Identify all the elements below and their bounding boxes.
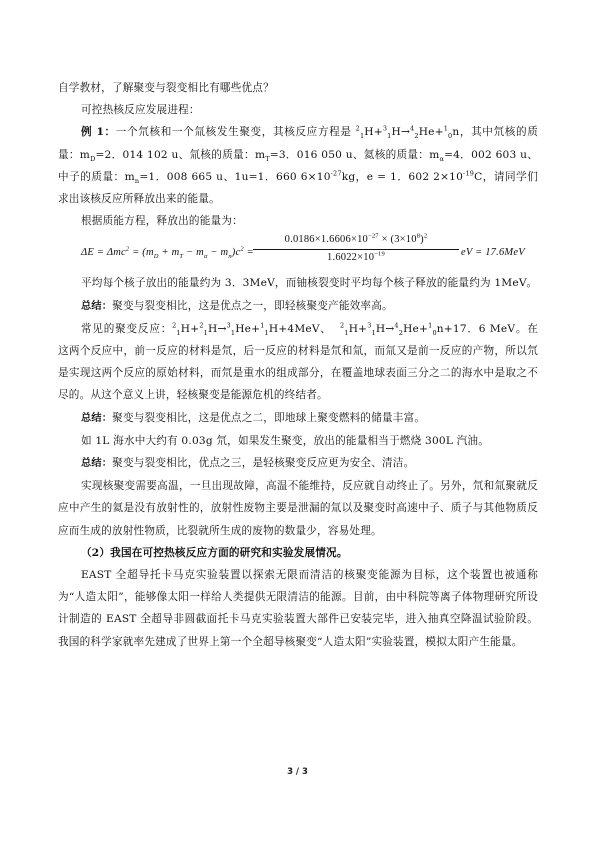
paragraph-summary-1: 总结：聚变与裂变相比，这是优点之一，即轻核聚变产能效率高。	[58, 295, 538, 318]
paragraph-intro: 自学教材，了解聚变与裂变相比有哪些优点？	[58, 77, 538, 99]
paragraph-summary-2: 总结：聚变与裂变相比，这是优点之二，即地球上聚变燃料的储量丰富。	[58, 407, 538, 430]
example-text: 一个氘核和一个氚核发生聚变，其核反应方程是	[116, 126, 356, 138]
document-body: 自学教材，了解聚变与裂变相比有哪些优点？ 可控热核反应发展进程： 例 1：一个氘…	[58, 77, 538, 653]
paragraph-example-1: 例 1：一个氘核和一个氚核发生聚变，其核反应方程是 21H+31H→42He+1…	[58, 121, 538, 210]
paragraph-mass-energy: 根据质能方程，释放出的能量为：	[58, 210, 538, 232]
section-heading-china-research: （2）我国在可控热核反应方面的研究和实验发展情况。	[58, 542, 538, 564]
energy-formula: ΔE = Δmc2 = (mD + mT − mα − mn)c2 = 0.01…	[81, 232, 538, 272]
example-label: 例 1：	[81, 126, 116, 138]
paragraph-seawater: 如 1L 海水中大约有 0.03g 氘，如果发生聚变，放出的能量相当于燃烧 30…	[58, 430, 538, 452]
page-number: 3 / 3	[0, 767, 595, 777]
formula-denominator: 1.6022×10−19	[253, 250, 459, 266]
formula-numerator: 0.0186×1.6606×10−27 × (3×108)2	[253, 232, 459, 250]
formula-lhs: ΔE = Δmc2 = (mD + mT − mα − mn)c2 =	[81, 242, 254, 264]
paragraph-summary-3: 总结：聚变与裂变相比，优点之三，是轻核聚变反应更为安全、清洁。	[58, 452, 538, 475]
reaction-1: 21H+21H→31He+11H+4MeV、	[172, 323, 332, 335]
reaction-equation: 21H+31H→42He+10n	[356, 126, 460, 138]
summary-label: 总结：	[81, 458, 112, 469]
document-page: 自学教材，了解聚变与裂变相比有哪些优点？ 可控热核反应发展进程： 例 1：一个氘…	[0, 0, 595, 841]
paragraph-energy-per-nucleon: 平均每个核子放出的能量约为 3．3MeV，而铀核裂变时平均每个核子释放的能量约为…	[58, 272, 538, 294]
formula-fraction: 0.0186×1.6606×10−27 × (3×108)2 1.6022×10…	[253, 232, 459, 266]
paragraph-safety: 实现核聚变需要高温，一旦出现故障，高温不能维持，反应就自动终止了。另外，氘和氚聚…	[58, 475, 538, 542]
paragraph-east: EAST 全超导托卡马克实验装置以探索无限而清洁的核聚变能源为目标，这个装置也被…	[58, 564, 538, 653]
paragraph-progress-heading: 可控热核反应发展进程：	[58, 99, 538, 121]
paragraph-common-reactions: 常见的聚变反应：21H+21H→31He+11H+4MeV、 21H+31H→4…	[58, 318, 538, 407]
formula-result: eV = 17.6MeV	[461, 242, 525, 264]
summary-label: 总结：	[81, 301, 112, 312]
summary-label: 总结：	[81, 413, 112, 424]
reaction-2: 21H+31H→42He+10n+17．6 MeV	[340, 323, 515, 335]
